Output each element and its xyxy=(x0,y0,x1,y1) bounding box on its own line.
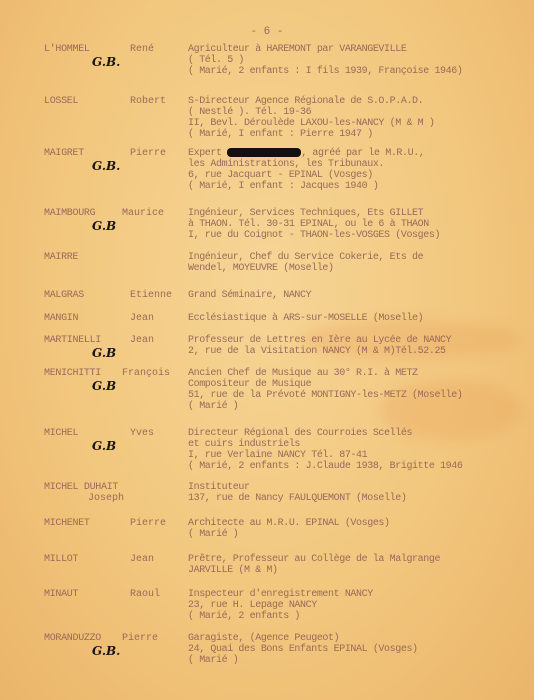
entry-details: Ingénieur, Services Techniques, Ets GILL… xyxy=(188,208,440,241)
detail-line: Ingénieur, Services Techniques, Ets GILL… xyxy=(188,208,440,219)
detail-line: les Administrations, les Tribunaux. xyxy=(188,159,424,170)
detail-line: ( Tél. 5 ) xyxy=(188,55,462,66)
detail-line: Agriculteur à HAREMONT par VARANGEVILLE xyxy=(188,44,462,55)
entry-surname: MALGRAS xyxy=(44,290,84,301)
handwritten-annotation: G.B xyxy=(92,348,116,359)
detail-line: 51, rue de la Prévoté MONTIGNY-les-METZ … xyxy=(188,390,462,401)
detail-line: Directeur Régional des Courroies Scellés xyxy=(188,428,462,439)
entry-surname: MAIRRE xyxy=(44,252,78,263)
entry-firstname: Pierre xyxy=(130,148,166,159)
detail-line: ( Marié ) xyxy=(188,401,462,412)
entry-details: Agriculteur à HAREMONT par VARANGEVILLE(… xyxy=(188,44,462,77)
redaction-bar xyxy=(227,148,301,157)
detail-line: ( Marié, 2 enfants : J.Claude 1938, Brig… xyxy=(188,461,462,472)
entry-details: Grand Séminaire, NANCY xyxy=(188,290,311,301)
entry-details: Expert , agréé par le M.R.U.,les Adminis… xyxy=(188,148,424,192)
detail-line: et cuirs industriels xyxy=(188,439,462,450)
entry-details: Prêtre, Professeur au Collège de la Malg… xyxy=(188,554,440,576)
entry-firstname: Etienne xyxy=(130,290,172,301)
entry-firstname: Raoul xyxy=(130,589,160,600)
detail-line: Ancien Chef de Musique au 30° R.I. à MET… xyxy=(188,368,462,379)
detail-line: I, rue du Coignot - THAON-les-VOSGES (Vo… xyxy=(188,230,440,241)
handwritten-annotation: G.B xyxy=(92,441,116,452)
detail-line: ( Nestlé ). Tél. 19-36 xyxy=(188,107,434,118)
detail-line: ( Marié, I enfant : Pierre 1947 ) xyxy=(188,129,434,140)
entry-details: Garagiste, (Agence Peugeot)24, Quai des … xyxy=(188,633,418,666)
entry-firstname: Pierre xyxy=(122,633,158,644)
entry-surname: MARTINELLI xyxy=(44,335,101,346)
detail-line: 2, rue de la Visitation NANCY (M & M)Tél… xyxy=(188,346,451,357)
handwritten-annotation: G.B xyxy=(92,221,116,232)
detail-line: Prêtre, Professeur au Collège de la Malg… xyxy=(188,554,440,565)
handwritten-annotation: G.B. xyxy=(92,57,120,68)
entry-surname: MICHEL DUHAIT xyxy=(44,482,118,493)
handwritten-annotation: G.B. xyxy=(92,646,120,657)
entry-firstname: Yves xyxy=(130,428,154,439)
entry-surname: LOSSEL xyxy=(44,96,78,107)
entry-details: Professeur de Lettres en Ière au Lycée d… xyxy=(188,335,451,357)
entry-surname: MORANDUZZO xyxy=(44,633,101,644)
entry-surname: MAIMBOURG xyxy=(44,208,95,219)
detail-line: S-Directeur Agence Régionale de S.O.P.A.… xyxy=(188,96,434,107)
entry-surname: L'HOMMEL xyxy=(44,44,90,55)
entry-surname: MICHEL xyxy=(44,428,78,439)
entry-details: Ingénieur, Chef du Service Cokerie, Ets … xyxy=(188,252,423,274)
detail-line: ( Marié ) xyxy=(188,655,418,666)
detail-line: Compositeur de Musique xyxy=(188,379,462,390)
entry-details: Inspecteur d'enregistrement NANCY23, rue… xyxy=(188,589,373,622)
handwritten-annotation: G.B xyxy=(92,381,116,392)
entry-details: Ancien Chef de Musique au 30° R.I. à MET… xyxy=(188,368,462,412)
entry-surname: MILLOT xyxy=(44,554,78,565)
entry-firstname: Jean xyxy=(130,313,154,324)
entry-surname: MENICHITTI xyxy=(44,368,101,379)
detail-line: 137, rue de Nancy FAULQUEMONT (Moselle) xyxy=(188,493,406,504)
detail-line: Wendel, MOYEUVRE (Moselle) xyxy=(188,263,423,274)
detail-line: Architecte au M.R.U. EPINAL (Vosges) xyxy=(188,518,390,529)
entry-details: S-Directeur Agence Régionale de S.O.P.A.… xyxy=(188,96,434,140)
entry-firstname: Pierre xyxy=(130,518,166,529)
entry-firstname: Maurice xyxy=(122,208,164,219)
detail-line: Ecclésiastique à ARS-sur-MOSELLE (Mosell… xyxy=(188,313,423,324)
entry-firstname: François xyxy=(122,368,170,379)
detail-line: ( Marié, 2 enfants ) xyxy=(188,611,373,622)
detail-line: Instituteur xyxy=(188,482,406,493)
detail-line: ( Marié, 2 enfants : I fils 1939, Franço… xyxy=(188,66,462,77)
detail-line: II, Bevl. Déroulède LAXOU-les-NANCY (M &… xyxy=(188,118,434,129)
detail-line: ( Marié, I enfant : Jacques 1940 ) xyxy=(188,181,424,192)
page-number: - 6 - xyxy=(0,26,534,38)
entry-firstname: Jean xyxy=(130,335,154,346)
entry-firstname: René xyxy=(130,44,154,55)
detail-line: Inspecteur d'enregistrement NANCY xyxy=(188,589,373,600)
entry-details: Architecte au M.R.U. EPINAL (Vosges)( Ma… xyxy=(188,518,390,540)
detail-line: Professeur de Lettres en Ière au Lycée d… xyxy=(188,335,451,346)
detail-line: ( Marié ) xyxy=(188,529,390,540)
detail-line: JARVILLE (M & M) xyxy=(188,565,440,576)
entry-surname: MINAUT xyxy=(44,589,78,600)
detail-line: à THAON. Tél. 30-31 EPINAL, ou le 6 à TH… xyxy=(188,219,440,230)
entry-surname: MANGIN xyxy=(44,313,78,324)
handwritten-annotation: G.B. xyxy=(92,161,120,172)
entry-firstname: Joseph xyxy=(88,493,124,504)
detail-line: Grand Séminaire, NANCY xyxy=(188,290,311,301)
detail-line: 24, Quai des Bons Enfants EPINAL (Vosges… xyxy=(188,644,418,655)
detail-line: 6, rue Jacquart - EPINAL (Vosges) xyxy=(188,170,424,181)
detail-line: Ingénieur, Chef du Service Cokerie, Ets … xyxy=(188,252,423,263)
entry-firstname: Robert xyxy=(130,96,166,107)
entry-details: Ecclésiastique à ARS-sur-MOSELLE (Mosell… xyxy=(188,313,423,324)
detail-line: Expert , agréé par le M.R.U., xyxy=(188,148,424,159)
detail-line: Garagiste, (Agence Peugeot) xyxy=(188,633,418,644)
entry-surname: MICHENET xyxy=(44,518,90,529)
detail-line: I, rue Verlaine NANCY Tél. 87-41 xyxy=(188,450,462,461)
entry-surname: MAIGRET xyxy=(44,148,84,159)
entry-details: Directeur Régional des Courroies Scellés… xyxy=(188,428,462,472)
document-page: - 6 - L'HOMMELRenéAgriculteur à HAREMONT… xyxy=(0,0,534,700)
entry-firstname: Jean xyxy=(130,554,154,565)
detail-line: 23, rue H. Lepage NANCY xyxy=(188,600,373,611)
entry-details: Instituteur137, rue de Nancy FAULQUEMONT… xyxy=(188,482,406,504)
